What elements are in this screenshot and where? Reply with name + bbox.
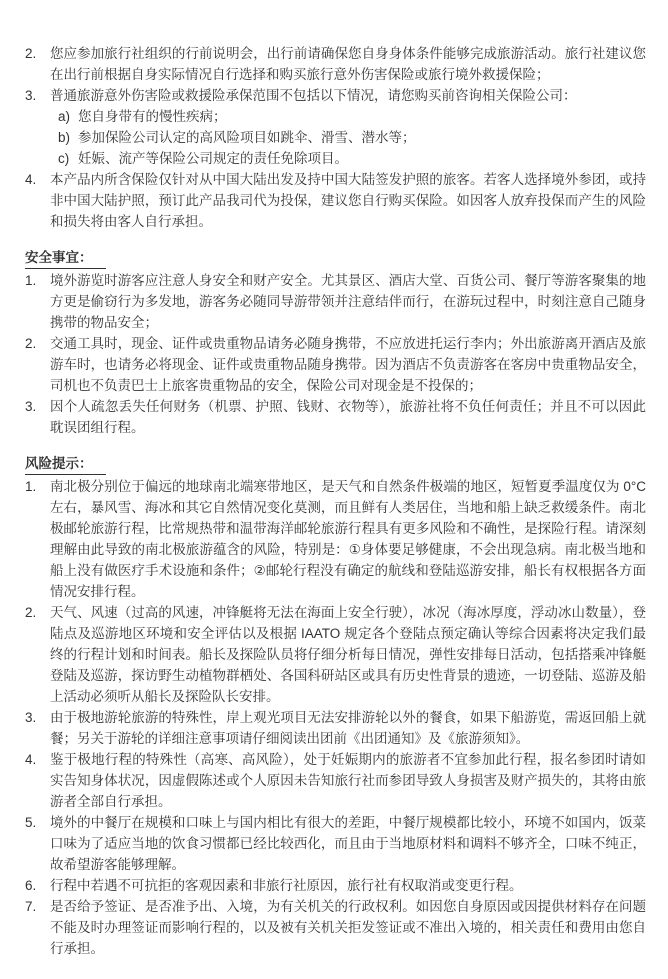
list-item-marker: 6. — [25, 875, 50, 896]
list-item: 5. 境外的中餐厅在规模和口味上与国内相比有很大的差距，中餐厅规模都比较小，环境… — [25, 812, 646, 875]
list-item: 7. 是否给予签证、是否准予出、入境，为有关机关的行政权利。如因您自身原因或因提… — [25, 896, 646, 959]
list-item-marker: 3. — [25, 396, 50, 417]
list-item-text: 您自身带有的慢性疾病； — [78, 106, 646, 127]
list-item: 6. 行程中若遇不可抗拒的客观因素和非旅行社原因，旅行社有权取消或变更行程。 — [25, 875, 646, 896]
list-item-text: 您应参加旅行社组织的行前说明会，出行前请确保您自身身体条件能够完成旅游活动。旅行… — [50, 43, 646, 85]
list-item: 4. 鉴于极地行程的特殊性（高寒、高风险），处于妊娠期内的旅游者不宜参加此行程，… — [25, 749, 646, 812]
list-item-text: 本产品内所含保险仅针对从中国大陆出发及持中国大陆签发护照的旅客。若客人选择境外参… — [50, 169, 646, 232]
list-item-text: 普通旅游意外伤害险或救援险承保范围不包括以下情况，请您购买前咨询相关保险公司： — [50, 85, 646, 106]
list-item-marker: b) — [58, 127, 78, 148]
list-item-marker: c) — [58, 148, 78, 169]
sub-list-item: b) 参加保险公司认定的高风险项目如跳伞、滑雪、潜水等； — [58, 127, 646, 148]
list-item-marker: 3. — [25, 707, 50, 728]
list-item: 3. 因个人疏忽丢失任何财务（机票、护照、钱财、衣物等），旅游社将不负任何责任；… — [25, 396, 646, 438]
sub-list-item: c) 妊娠、流产等保险公司规定的责任免除项目。 — [58, 148, 646, 169]
safety-heading-text: 安全事宜： — [25, 247, 106, 269]
list-item-text: 鉴于极地行程的特殊性（高寒、高风险），处于妊娠期内的旅游者不宜参加此行程，报名参… — [50, 749, 646, 812]
safety-section: 安全事宜： 1. 境外游览时游客应注意人身安全和财产安全。尤其景区、酒店大堂、百… — [25, 247, 646, 438]
list-item: 1. 南北极分别位于偏远的地球南北端寒带地区，是天气和自然条件极端的地区，短暂夏… — [25, 476, 646, 602]
list-item-marker: 7. — [25, 896, 50, 917]
list-item-marker: 5. — [25, 812, 50, 833]
sub-list-item: a) 您自身带有的慢性疾病； — [58, 106, 646, 127]
risk-heading: 风险提示： — [25, 453, 646, 475]
safety-heading: 安全事宜： — [25, 247, 646, 269]
list-item-marker: 4. — [25, 749, 50, 770]
list-item-text: 天气、风速（过高的风速，冲锋艇将无法在海面上安全行驶），冰况（海冰厚度，浮动冰山… — [50, 602, 646, 707]
list-item-marker: 4. — [25, 169, 50, 190]
list-item: 3. 普通旅游意外伤害险或救援险承保范围不包括以下情况，请您购买前咨询相关保险公… — [25, 85, 646, 106]
list-item-marker: 2. — [25, 602, 50, 623]
list-item-marker: a) — [58, 106, 78, 127]
list-item: 2. 交通工具时，现金、证件或贵重物品请务必随身携带，不应放进托运行李内；外出旅… — [25, 333, 646, 396]
list-item: 4. 本产品内所含保险仅针对从中国大陆出发及持中国大陆签发护照的旅客。若客人选择… — [25, 169, 646, 232]
terms-document-page: 2. 您应参加旅行社组织的行前说明会，出行前请确保您自身身体条件能够完成旅游活动… — [0, 0, 668, 979]
list-item: 2. 您应参加旅行社组织的行前说明会，出行前请确保您自身身体条件能够完成旅游活动… — [25, 43, 646, 85]
list-item-marker: 2. — [25, 333, 50, 354]
list-item: 2. 天气、风速（过高的风速，冲锋艇将无法在海面上安全行驶），冰况（海冰厚度，浮… — [25, 602, 646, 707]
risk-heading-text: 风险提示： — [25, 453, 106, 475]
list-item-marker: 1. — [25, 270, 50, 291]
list-item-text: 境外的中餐厅在规模和口味上与国内相比有很大的差距，中餐厅规模都比较小，环境不如国… — [50, 812, 646, 875]
list-item-text: 由于极地游轮旅游的特殊性，岸上观光项目无法安排游轮以外的餐食，如果下船游览，需返… — [50, 707, 646, 749]
list-item-text: 交通工具时，现金、证件或贵重物品请务必随身携带，不应放进托运行李内；外出旅游离开… — [50, 333, 646, 396]
insurance-notes-section: 2. 您应参加旅行社组织的行前说明会，出行前请确保您自身身体条件能够完成旅游活动… — [25, 43, 646, 232]
list-item-text: 参加保险公司认定的高风险项目如跳伞、滑雪、潜水等； — [78, 127, 646, 148]
list-item-text: 是否给予签证、是否准予出、入境，为有关机关的行政权利。如因您自身原因或因提供材料… — [50, 896, 646, 959]
list-item-marker: 2. — [25, 43, 50, 64]
risk-section: 风险提示： 1. 南北极分别位于偏远的地球南北端寒带地区，是天气和自然条件极端的… — [25, 453, 646, 959]
list-item-text: 行程中若遇不可抗拒的客观因素和非旅行社原因，旅行社有权取消或变更行程。 — [50, 875, 646, 896]
list-item-text: 因个人疏忽丢失任何财务（机票、护照、钱财、衣物等），旅游社将不负任何责任；并且不… — [50, 396, 646, 438]
list-item-text: 妊娠、流产等保险公司规定的责任免除项目。 — [78, 148, 646, 169]
list-item: 3. 由于极地游轮旅游的特殊性，岸上观光项目无法安排游轮以外的餐食，如果下船游览… — [25, 707, 646, 749]
list-item-text: 境外游览时游客应注意人身安全和财产安全。尤其景区、酒店大堂、百货公司、餐厅等游客… — [50, 270, 646, 333]
list-item: 1. 境外游览时游客应注意人身安全和财产安全。尤其景区、酒店大堂、百货公司、餐厅… — [25, 270, 646, 333]
list-item-text: 南北极分别位于偏远的地球南北端寒带地区，是天气和自然条件极端的地区，短暂夏季温度… — [50, 476, 646, 602]
list-item-marker: 3. — [25, 85, 50, 106]
list-item-marker: 1. — [25, 476, 50, 497]
